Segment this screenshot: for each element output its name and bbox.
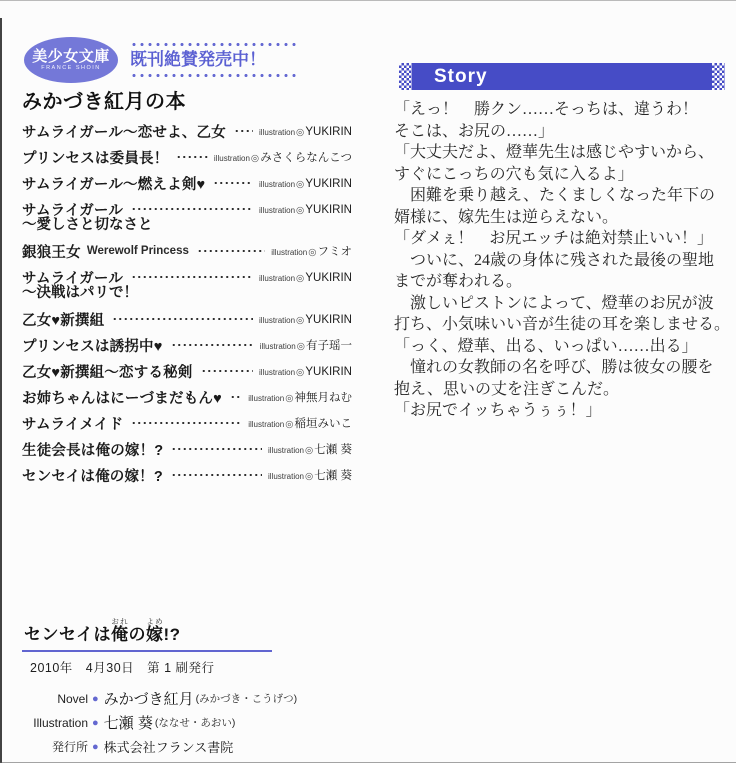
book-list-item: サムライガールillustration◎YUKIRIN～決戦はパリで！: [22, 269, 352, 301]
story-line: 激しいピストンによって、燈華のお尻が波: [394, 293, 732, 315]
illustrator-credit: illustration◎YUKIRIN: [259, 268, 352, 286]
book-title: センセイは俺の嫁！?: [22, 465, 163, 486]
story-line: 抱え、思いの丈を注ぎこんだ。: [394, 379, 732, 401]
bullet-icon: ●: [92, 741, 99, 753]
illustration-mark: ◎: [296, 315, 304, 326]
title-char-with-furigana: 嫁よめ: [146, 625, 164, 644]
illustrator-credit: illustration◎YUKIRIN: [259, 174, 352, 192]
bullet-icon: ●: [92, 693, 99, 705]
illustration-mark: ◎: [305, 445, 313, 456]
illustration-label: illustration: [271, 248, 307, 257]
banner-text: 既刊絶賛発売中！: [130, 48, 266, 72]
credit-value: 株式会社フランス書院: [104, 737, 234, 756]
credit-reading: (ななせ・あおい): [155, 715, 236, 730]
illustrator-credit: illustration◎稲垣みいこ: [248, 414, 352, 432]
credit-row: 発行所●株式会社フランス書院: [0, 738, 360, 755]
credit-reading: (みかづき・こうげつ): [196, 691, 298, 706]
illustration-mark: ◎: [296, 127, 304, 138]
illustrator-name: みさくらなんこつ: [260, 152, 352, 164]
illustrator-name: 稲垣みいこ: [295, 418, 353, 430]
book-list-item: 乙女♥新撰組illustration◎YUKIRIN: [22, 311, 352, 327]
story-line: ついに、24歳の身体に残された最後の聖地: [394, 250, 732, 272]
dotted-leader: [171, 343, 254, 347]
furigana: よめ: [146, 617, 164, 626]
illustration-label: illustration: [260, 342, 296, 351]
illustrator-credit: illustration◎神無月ねむ: [248, 388, 352, 406]
credit-value: 七瀬 葵: [104, 712, 153, 733]
book-title: 乙女♥新撰組: [22, 309, 104, 330]
story-line: 困難を乗り越え、たくましくなった年下の: [394, 185, 732, 207]
dotted-leader: [176, 155, 207, 159]
illustrator-credit: illustration◎七瀬 葵: [268, 466, 352, 484]
furigana: おれ: [111, 617, 129, 626]
illustration-label: illustration: [248, 394, 284, 403]
illustration-mark: ◎: [251, 153, 259, 164]
book-list-item: プリンセスは誘拐中♥illustration◎有子瑶一: [22, 337, 352, 353]
dotted-leader: [131, 207, 253, 211]
credit-value: みかづき紅月: [104, 688, 194, 709]
story-line: 婿様に、嫁先生は逆らえない。: [394, 207, 732, 229]
story-line: そこは、お尻の……」: [394, 121, 732, 143]
credit-row: Illustration●七瀬 葵(ななせ・あおい): [0, 714, 360, 731]
illustration-label: illustration: [248, 420, 284, 429]
book-title: 乙女♥新撰組～恋する秘剣: [22, 361, 193, 382]
title-text: の: [129, 625, 147, 644]
illustrator-credit: illustration◎YUKIRIN: [259, 310, 352, 328]
scanned-book-page: 美少女文庫 FRANCE SHOIN 既刊絶賛発売中！ みかづき紅月の本 サムラ…: [0, 0, 736, 763]
credit-label: 発行所: [0, 738, 88, 755]
illustrator-name: 神無月ねむ: [295, 392, 353, 404]
illustration-label: illustration: [259, 128, 295, 137]
illustration-label: illustration: [259, 368, 295, 377]
story-header-bar: Story: [399, 63, 725, 90]
illustration-label: illustration: [259, 180, 295, 189]
book-title: プリンセスは誘拐中♥: [22, 335, 163, 356]
illustration-mark: ◎: [305, 471, 313, 482]
illustration-mark: ◎: [308, 247, 316, 258]
book-title-line2: ～決戦はパリで！: [22, 285, 352, 301]
colophon-credits: Novel●みかづき紅月(みかづき・こうげつ)Illustration●七瀬 葵…: [0, 690, 360, 762]
dotted-leader: [197, 249, 265, 253]
dotted-leader: [213, 181, 253, 185]
story-line: までが奪われる。: [394, 271, 732, 293]
title-text: センセイは: [24, 625, 111, 644]
book-title: サムライガール～恋せよ、乙女: [22, 121, 226, 142]
header: 美少女文庫 FRANCE SHOIN 既刊絶賛発売中！: [24, 37, 298, 83]
colophon-book-title: センセイは俺おれの嫁よめ!?: [24, 617, 181, 645]
story-line: 「っく、燈華、出る、いっぱい……出る」: [394, 336, 732, 358]
book-list-item: お姉ちゃんはにーづまだもん♥illustration◎神無月ねむ: [22, 389, 352, 405]
book-list-item: サムライガール～燃えよ剣♥illustration◎YUKIRIN: [22, 175, 352, 191]
illustrator-credit: illustration◎フミオ: [271, 242, 352, 260]
dotted-leader: [234, 129, 253, 133]
illustration-mark: ◎: [285, 393, 293, 404]
story-line: 「お尻でイッちゃうぅぅ！」: [394, 400, 732, 422]
book-list-item: サムライガールillustration◎YUKIRIN～愛しさと切なさと: [22, 201, 352, 233]
story-header-label: Story: [412, 63, 488, 90]
story-bar-checker-right: [712, 63, 725, 90]
illustration-label: illustration: [214, 154, 250, 163]
illustrator-name: YUKIRIN: [305, 366, 352, 378]
bullet-icon: ●: [92, 717, 99, 729]
illustration-label: illustration: [259, 206, 295, 215]
illustrator-credit: illustration◎みさくらなんこつ: [214, 148, 352, 166]
story-line: 「えっ！ 勝クン……そっちは、違うわ！: [394, 99, 732, 121]
story-bar-body: Story: [412, 63, 712, 90]
illustrator-credit: illustration◎七瀬 葵: [268, 440, 352, 458]
illustration-label: illustration: [259, 316, 295, 325]
credit-label: Novel: [0, 692, 88, 706]
book-list-item: 生徒会長は俺の嫁！?illustration◎七瀬 葵: [22, 441, 352, 457]
dotted-leader: [131, 421, 242, 425]
illustrator-credit: illustration◎YUKIRIN: [259, 362, 352, 380]
illustrator-name: YUKIRIN: [305, 126, 352, 138]
publisher-logo-subtext: FRANCE SHOIN: [41, 65, 101, 72]
story-line: 打ち、小気味いい音が生徒の耳を楽しませる。: [394, 314, 732, 336]
illustration-mark: ◎: [296, 179, 304, 190]
illustration-mark: ◎: [296, 205, 304, 216]
credit-row: Novel●みかづき紅月(みかづき・こうげつ): [0, 690, 360, 707]
book-title: プリンセスは委員長！: [22, 147, 168, 168]
dotted-leader: [201, 369, 254, 373]
now-on-sale-banner: 既刊絶賛発売中！: [130, 41, 298, 79]
story-line: 「大丈夫だよ、燈華先生は感じやすいから、: [394, 142, 732, 164]
title-text: !?: [164, 625, 181, 644]
dotted-leader: [171, 447, 262, 451]
illustrator-name: YUKIRIN: [305, 272, 352, 284]
book-list-item: プリンセスは委員長！illustration◎みさくらなんこつ: [22, 149, 352, 165]
illustrator-credit: illustration◎YUKIRIN: [259, 122, 352, 140]
story-line: 憧れの女教師の名を呼び、勝は彼女の腰を: [394, 357, 732, 379]
illustration-mark: ◎: [297, 341, 305, 352]
book-title: サムライガール～燃えよ剣♥: [22, 173, 205, 194]
print-info: 2010年 4月30日 第 1 刷発行: [30, 658, 215, 676]
book-list-heading: みかづき紅月の本: [22, 85, 186, 114]
dotted-leader: [131, 275, 253, 279]
page-edge-top: [0, 0, 736, 1]
dotted-leader: [171, 473, 262, 477]
story-line: すぐにこっちの穴も気に入るよ」: [394, 164, 732, 186]
book-list-item: サムライガール～恋せよ、乙女illustration◎YUKIRIN: [22, 123, 352, 139]
publisher-logo: 美少女文庫 FRANCE SHOIN: [24, 37, 118, 83]
illustration-label: illustration: [259, 274, 295, 283]
book-title: サムライメイド: [22, 413, 123, 434]
colophon-divider: [22, 650, 272, 652]
book-title: お姉ちゃんはにーづまだもん♥: [22, 387, 222, 408]
title-char-with-furigana: 俺おれ: [111, 625, 129, 644]
book-subtitle-en: Werewolf Princess: [87, 245, 189, 257]
banner-dots-bottom: [130, 73, 298, 78]
book-list-item: 銀狼王女Werewolf Princessillustration◎フミオ: [22, 243, 352, 259]
illustrator-name: YUKIRIN: [305, 178, 352, 190]
credit-label: Illustration: [0, 716, 88, 730]
dotted-leader: [230, 395, 242, 399]
illustrator-name: フミオ: [318, 246, 353, 258]
story-bar-checker-left: [399, 63, 412, 90]
illustration-mark: ◎: [285, 419, 293, 430]
illustrator-name: 有子瑶一: [306, 340, 352, 352]
illustrator-name: 七瀬 葵: [314, 470, 352, 482]
book-list-item: サムライメイドillustration◎稲垣みいこ: [22, 415, 352, 431]
publisher-logo-text: 美少女文庫: [32, 49, 110, 65]
illustration-mark: ◎: [296, 367, 304, 378]
illustrator-name: YUKIRIN: [305, 314, 352, 326]
illustration-mark: ◎: [296, 273, 304, 284]
illustration-label: illustration: [268, 446, 304, 455]
illustrator-credit: illustration◎有子瑶一: [260, 336, 352, 354]
story-synopsis: 「えっ！ 勝クン……そっちは、違うわ！そこは、お尻の……」「大丈夫だよ、燈華先生…: [394, 99, 732, 422]
book-list: サムライガール～恋せよ、乙女illustration◎YUKIRINプリンセスは…: [22, 123, 352, 493]
book-title: 銀狼王女: [22, 241, 81, 262]
story-line: 「ダメぇ！ お尻エッチは絶対禁止いい！」: [394, 228, 732, 250]
page-edge-left: [0, 18, 2, 763]
dotted-leader: [112, 317, 253, 321]
illustrator-name: 七瀬 葵: [314, 444, 352, 456]
illustrator-credit: illustration◎YUKIRIN: [259, 200, 352, 218]
banner-dots-top: [130, 42, 298, 47]
illustrator-name: YUKIRIN: [305, 204, 352, 216]
book-title-line2: ～愛しさと切なさと: [22, 217, 352, 233]
book-list-item: 乙女♥新撰組～恋する秘剣illustration◎YUKIRIN: [22, 363, 352, 379]
book-title: 生徒会長は俺の嫁！?: [22, 439, 163, 460]
book-list-item: センセイは俺の嫁！?illustration◎七瀬 葵: [22, 467, 352, 483]
illustration-label: illustration: [268, 472, 304, 481]
